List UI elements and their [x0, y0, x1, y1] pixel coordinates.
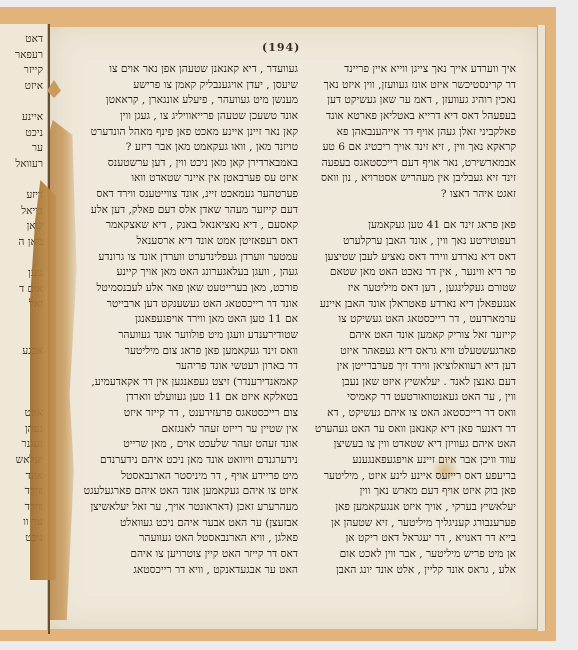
text-line: אונד דר רייכסטאג האט געשענקט דען ארבייטר — [74, 297, 298, 313]
text-line: פערטהער געמאכט זיינ, אונד צווייטענס וויר… — [74, 187, 298, 203]
text-line: קראקא נאך ווין , זיא זינד אויך ריכטיג אם… — [302, 140, 516, 156]
text-line: מיט פריידע אויף , דר מיניסטר הארנבאסטל — [74, 469, 298, 485]
text-line: געוועדר , דיא קאנאנן שטעהן אפן נאר אוים … — [74, 62, 298, 78]
text-line: פאלגן , וויא הארנבאסטל האט געוועהר — [74, 531, 298, 547]
text-line: אן מיט פריש מיליטער , אבר ווין לאכט אום — [302, 547, 516, 563]
text-line: דר בארון רעטשי אונד פריהער — [74, 359, 298, 375]
text-line: פאן פראג זינד אם 41 טען געקאמען — [302, 218, 516, 234]
text-line: מעהרערע זאכן (דאראונטר אויך, ער זאל יעלא… — [74, 500, 298, 516]
text-line: איזט — [0, 79, 43, 95]
text-line: אלע , גראס אונד קליין , אלט אונד יונג הא… — [302, 563, 516, 579]
text-line: פר דיא ווינער , אין דר נאכט האט מאן שטאם — [302, 265, 516, 281]
text-line: קאסעם , דיא נאציאנאל באנק , דיא שאצקאמר — [74, 218, 298, 234]
text-line: אונד זעהט זעהר שלעכט אוים , מאן שרייט — [74, 437, 298, 453]
text-line: דעם קייזער מעהר שאדן אלס דעם פאלק, דען א… — [74, 203, 298, 219]
text-line: בעפעהל דאס דיא דרייא באטליאן פארטא אונד — [302, 109, 516, 125]
text-line: דעם גאנצן לאנד . יעלאשיץ איזט שאן נעבן — [302, 375, 516, 391]
text-line: שטורם געקלינגען , דען דאס מיליטער איז — [302, 281, 516, 297]
text-line: וואס זינד געקאמען פאן פראג צום מיליטער — [74, 344, 298, 360]
text-line: אין שטיין ער רייזט זעהר לאנגזאם — [74, 422, 298, 438]
text-line: דאס דיא נארדע ווירד דאס נאציע לעבן שטיצע… — [302, 250, 516, 266]
text-line: קייזר — [0, 63, 43, 79]
text-line: בריעפע דאס רייזעס איינע לינע איזט , מילי… — [302, 469, 516, 485]
text-line: בייא דר דאנויא , דר יעגראל דאט ריקט אן — [302, 531, 516, 547]
text-line: טויזנד מאן , וואו געקאמט מאן אבר דיזע ? — [74, 140, 298, 156]
text-line: רעפאר — [0, 48, 43, 64]
text-line: נאכין רוהיג געוועזן , דאמ ער שאן געשיקט … — [302, 93, 516, 109]
text-line: ערמארדעט , דר רייכסטאג האט געשיקט צו — [302, 312, 516, 328]
text-line: איינע — [0, 110, 43, 126]
text-line: ער — [0, 141, 43, 157]
text-line: עווד וויכן אבר איום זיינע אויפגעפאנגענע — [302, 453, 516, 469]
text-line: ווין , ער האט געאנטוואורטעט דר קאמיסי — [302, 390, 516, 406]
text-line: דיזע — [0, 188, 43, 204]
text-line: דען דיא רעוואלוציאן ווירד זיך פערברייטן … — [302, 359, 516, 375]
text-line: ניכט — [0, 126, 43, 142]
text-line: אבמארשירט, נאר אויף דעם רייכסטאגס בעפעה — [302, 156, 516, 172]
text-line: קייזער זאל צוריק קאמען אונד האט איהם — [302, 328, 516, 344]
text-line: עמטער ווערדן געפלינדערט ווערדן אונד צו ג… — [74, 250, 298, 266]
text-line: דאט — [0, 32, 43, 48]
text-line: אנגעפאלן דיא נארדע פאטראלן אונד האבן איי… — [302, 297, 516, 313]
text-line: אבזעצן) ער האט אבער איהם ניכט געוואלט — [74, 516, 298, 532]
text-line: שיעסן , יעדן אויגענבליק קאמן צו פרישע — [74, 78, 298, 94]
text-line: פאן בוק איזט אויף דעם מארש נאך ווין — [302, 484, 516, 500]
text-line: איזט צו איהם געקאמען אונד האט איהם פארגע… — [74, 484, 298, 500]
text-line: פאלקביני זאלן געהן אויף דר אייהענבאהן פא — [302, 125, 516, 141]
text-line: אונד טשעכן שטעהן פרייאוויליג צו , געגן ו… — [74, 109, 298, 125]
text-line: בטאלקא איזט אם 11 טען געוועלט ווארדן — [74, 390, 298, 406]
text-line: שטודירענדע וועגן מיט פולווער אונד געוועה… — [74, 328, 298, 344]
text-line: פארגעשטעלט וויא גראס דיא געפאהר איזט — [302, 344, 516, 360]
text-line: דר דאנער פאן דיא קאנאנן וואס ער האט געהע… — [302, 422, 516, 438]
text-line: דאס רעפאזיטן אמט אונד דיא ארסענאל — [74, 234, 298, 250]
text-line: דר קרינסטיכשר איזט אונז געוועזן, ווין אי… — [302, 78, 516, 94]
text-line: זינד זיא געבליבן אין מעהריש אסטרויא , נו… — [302, 171, 516, 187]
text-line: פערענבורג קעניגליך מיליטער , זיא שטעהן א… — [302, 516, 516, 532]
text-line — [0, 94, 43, 110]
text-line: קאן נאר זיינן איינע מאכט פאן פינף מאהל ה… — [74, 125, 298, 141]
text-line: וואס דר רייכסטאג האט צו איהם געשיקט , דא — [302, 406, 516, 422]
text-line: יעלאשיץ בערקי , אויך איזט אנגעקאמען פאן — [302, 500, 516, 516]
text-line — [302, 203, 516, 219]
text-line: דאס דר קייזר האט קיין צוטרויען צו איהם — [74, 547, 298, 563]
text-line: רעוואל — [0, 157, 43, 173]
text-line: צום רייכסטאגס פרעזידענט , דר קייזר איזט — [74, 406, 298, 422]
text-line: פורכט, מאן בערייטעט שאן פאר אלע לעבנסמיט… — [74, 281, 298, 297]
text-line: איך ווערדע אייך נאך צייגן ווייא איין פרי… — [302, 62, 516, 78]
text-line: האט ער אבגעדאנקט , וויא דר רייכסטאג — [74, 563, 298, 579]
text-line — [0, 172, 43, 188]
text-line: געהן , וועגן בעלאגערונג האט מאן אויך קיי… — [74, 265, 298, 281]
text-line: באמבארדירן קאן מאן ניכט ווין , דען ערשטע… — [74, 156, 298, 172]
text-line: נידערגנדם וויוואט אונד מאן ניכט איהם ניד… — [74, 453, 298, 469]
text-line: קאמאנדירענדר) זיצט געפאנגען אין דר אקאדע… — [74, 375, 298, 391]
text-line: זאגט איהר דאצו ? — [302, 187, 516, 203]
text-line: מענשן מיט געוועהר , פיעלע אונגארן , קראא… — [74, 93, 298, 109]
page-number: (194) — [262, 41, 300, 54]
text-line: האט איהם געוויזן דיא שטאדט ווין צו בעשיצ… — [302, 437, 516, 453]
page-edge — [537, 25, 546, 631]
text-line: איזט עס פערבאטן אין איינר שטאדט וואו — [74, 171, 298, 187]
text-column-left: געוועדר , דיא קאנאנן שטעהן אפן נאר אוים … — [74, 62, 298, 578]
text-column-right: איך ווערדע אייך נאך צייגן ווייא איין פרי… — [302, 62, 516, 578]
text-line: אם 11 טען האט מאן ווירד אויפגעפאנגן — [74, 312, 298, 328]
text-line: רעפוטירטע נאך ווין , אונד האבן ערקלערט — [302, 234, 516, 250]
